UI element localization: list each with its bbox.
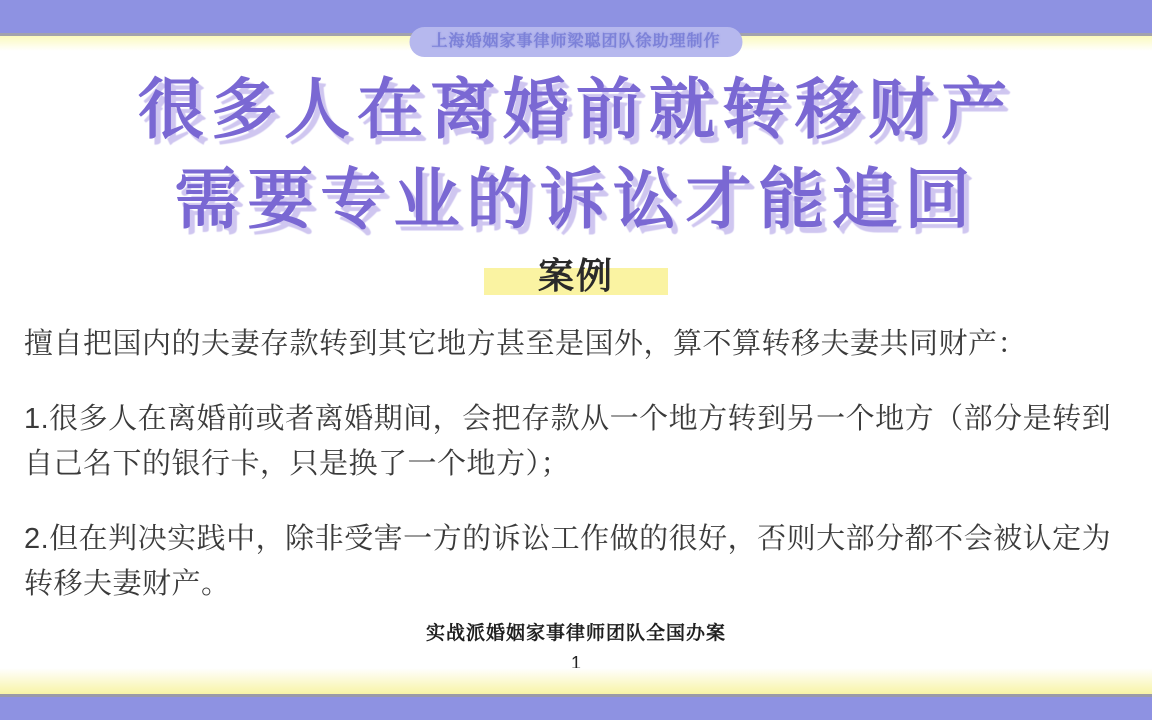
page-title: 很多人在离婚前就转移财产 需要专业的诉讼才能追回 — [0, 64, 1152, 244]
footer-tagline: 实战派婚姻家事律师团队全国办案 — [0, 618, 1152, 645]
body-text: 擅自把国内的夫妻存款转到其它地方甚至是国外，算不算转移夫妻共同财产： 1.很多人… — [24, 322, 1130, 637]
bottom-yellow-band — [0, 668, 1152, 694]
case-section: 案例 — [0, 248, 1152, 299]
intro-paragraph: 擅自把国内的夫妻存款转到其它地方甚至是国外，算不算转移夫妻共同财产： — [24, 322, 1130, 367]
case-label-wrapper: 案例 — [532, 248, 620, 299]
slide-frame: 上海婚姻家事律师梁聪团队徐助理制作 很多人在离婚前就转移财产 需要专业的诉讼才能… — [0, 0, 1152, 720]
paragraph-2: 2.但在判决实践中，除非受害一方的诉讼工作做的很好，否则大部分都不会被认定为转移… — [24, 517, 1130, 607]
watermark-badge: 上海婚姻家事律师梁聪团队徐助理制作 — [409, 27, 742, 57]
title-line-2: 需要专业的诉讼才能追回 — [0, 154, 1152, 244]
bottom-bar — [0, 697, 1152, 720]
case-label: 案例 — [538, 255, 614, 296]
paragraph-1: 1.很多人在离婚前或者离婚期间，会把存款从一个地方转到另一个地方（部分是转到自己… — [24, 397, 1130, 487]
title-line-1: 很多人在离婚前就转移财产 — [0, 64, 1152, 154]
